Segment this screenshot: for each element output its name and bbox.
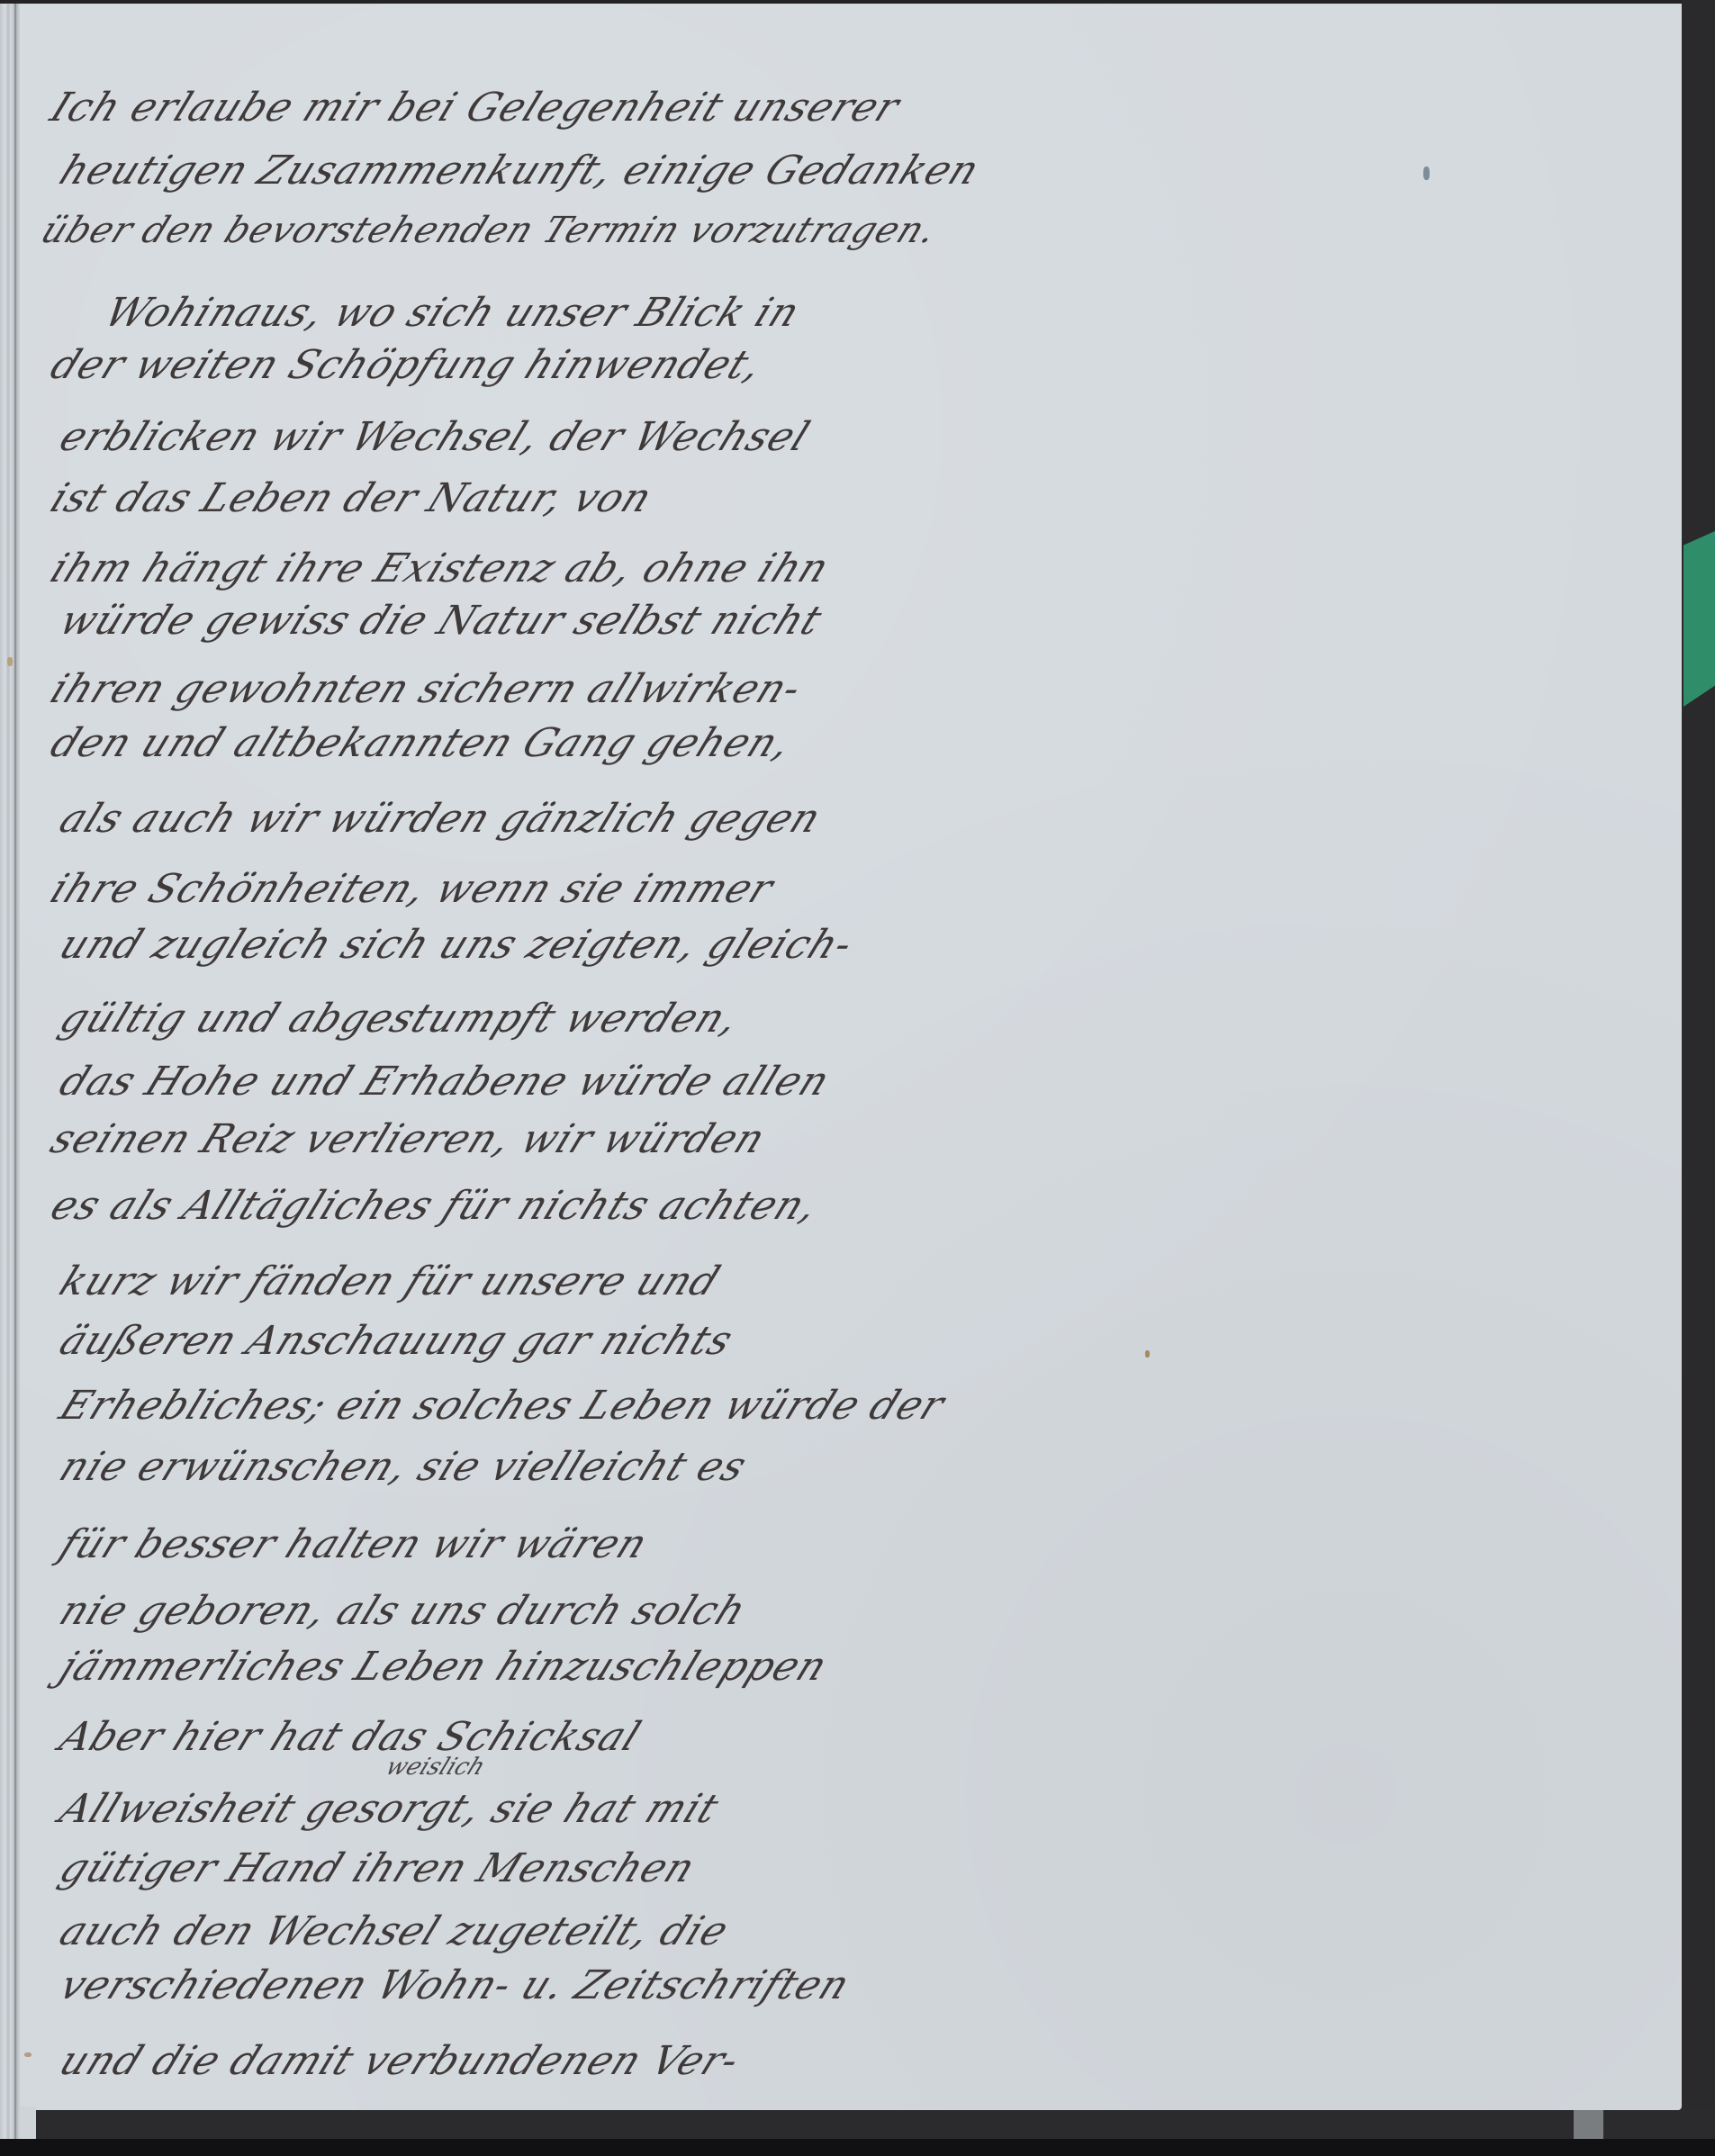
text-line: Aber hier hat das Schicksal [54, 1718, 646, 1757]
text-line: seinen Reiz verlieren, wir würden [45, 1120, 771, 1159]
binding-fold-line [14, 4, 16, 2139]
text-line: würde gewiss die Natur selbst nicht [54, 601, 827, 641]
paper-speck [1145, 1350, 1150, 1358]
text-line: nie geboren, als uns durch solch [54, 1592, 752, 1631]
text-line: auch den Wechsel zugeteilt, die [54, 1912, 735, 1952]
text-line: über den bevorstehenden Termin vorzutrag… [36, 212, 943, 248]
paper-speck [7, 657, 13, 666]
text-line: gütiger Hand ihren Menschen [54, 1849, 701, 1889]
paper-speck [24, 2052, 32, 2057]
text-line: erblicken wir Wechsel, der Wechsel [54, 418, 815, 457]
scanner-edge-bottom [36, 2110, 1715, 2139]
text-line: Allweisheit gesorgt, sie hat mit [54, 1790, 725, 1829]
scanner-edge-right [1682, 0, 1715, 2156]
text-line: als auch wir würden gänzlich gegen [54, 799, 826, 839]
paper-speck [1423, 167, 1430, 180]
text-line: ist das Leben der Natur, von [45, 479, 658, 519]
text-line: und zugleich sich uns zeigten, gleich- [54, 925, 859, 965]
text-line: ihre Schönheiten, wenn sie immer [45, 870, 779, 909]
text-line: für besser halten wir wären [54, 1525, 654, 1565]
text-line: äußeren Anschauung gar nichts [54, 1322, 738, 1361]
text-line: Erhebliches; ein solches Leben würde der [54, 1386, 950, 1426]
green-color-tab [1683, 531, 1715, 707]
text-line: kurz wir fänden für unsere und [54, 1262, 726, 1302]
text-line: ihren gewohnten sichern allwirken- [45, 670, 808, 709]
text-line: und die damit verbundenen Ver- [54, 2042, 745, 2081]
text-line: nie erwünschen, sie vielleicht es [54, 1448, 753, 1487]
text-line: verschiedenen Wohn- u. Zeitschriften [54, 1966, 855, 2006]
text-line: Ich erlaube mir bei Gelegenheit unserer [45, 88, 905, 128]
text-line: Wohinaus, wo sich unser Blick in [99, 293, 806, 333]
text-line: ihm hängt ihre Existenz ab, ohne ihn [45, 549, 835, 589]
binding-gutter [0, 4, 20, 2139]
text-line: jämmerliches Leben hinzuschleppen [54, 1647, 833, 1687]
text-line: den und altbekannten Gang gehen, [45, 724, 798, 763]
interlinear-insertion: weislich [382, 1754, 489, 1781]
text-line: heutigen Zusammenkunft, einige Gedanken [54, 151, 985, 191]
text-line: gültig und abgestumpft werden, [54, 999, 745, 1039]
text-line: das Hohe und Erhabene würde allen [54, 1062, 835, 1102]
scanner-bottom-band [0, 2139, 1715, 2156]
text-line: der weiten Schöpfung hinwendet, [45, 346, 768, 385]
text-line: es als Alltägliches für nichts achten, [45, 1186, 825, 1226]
